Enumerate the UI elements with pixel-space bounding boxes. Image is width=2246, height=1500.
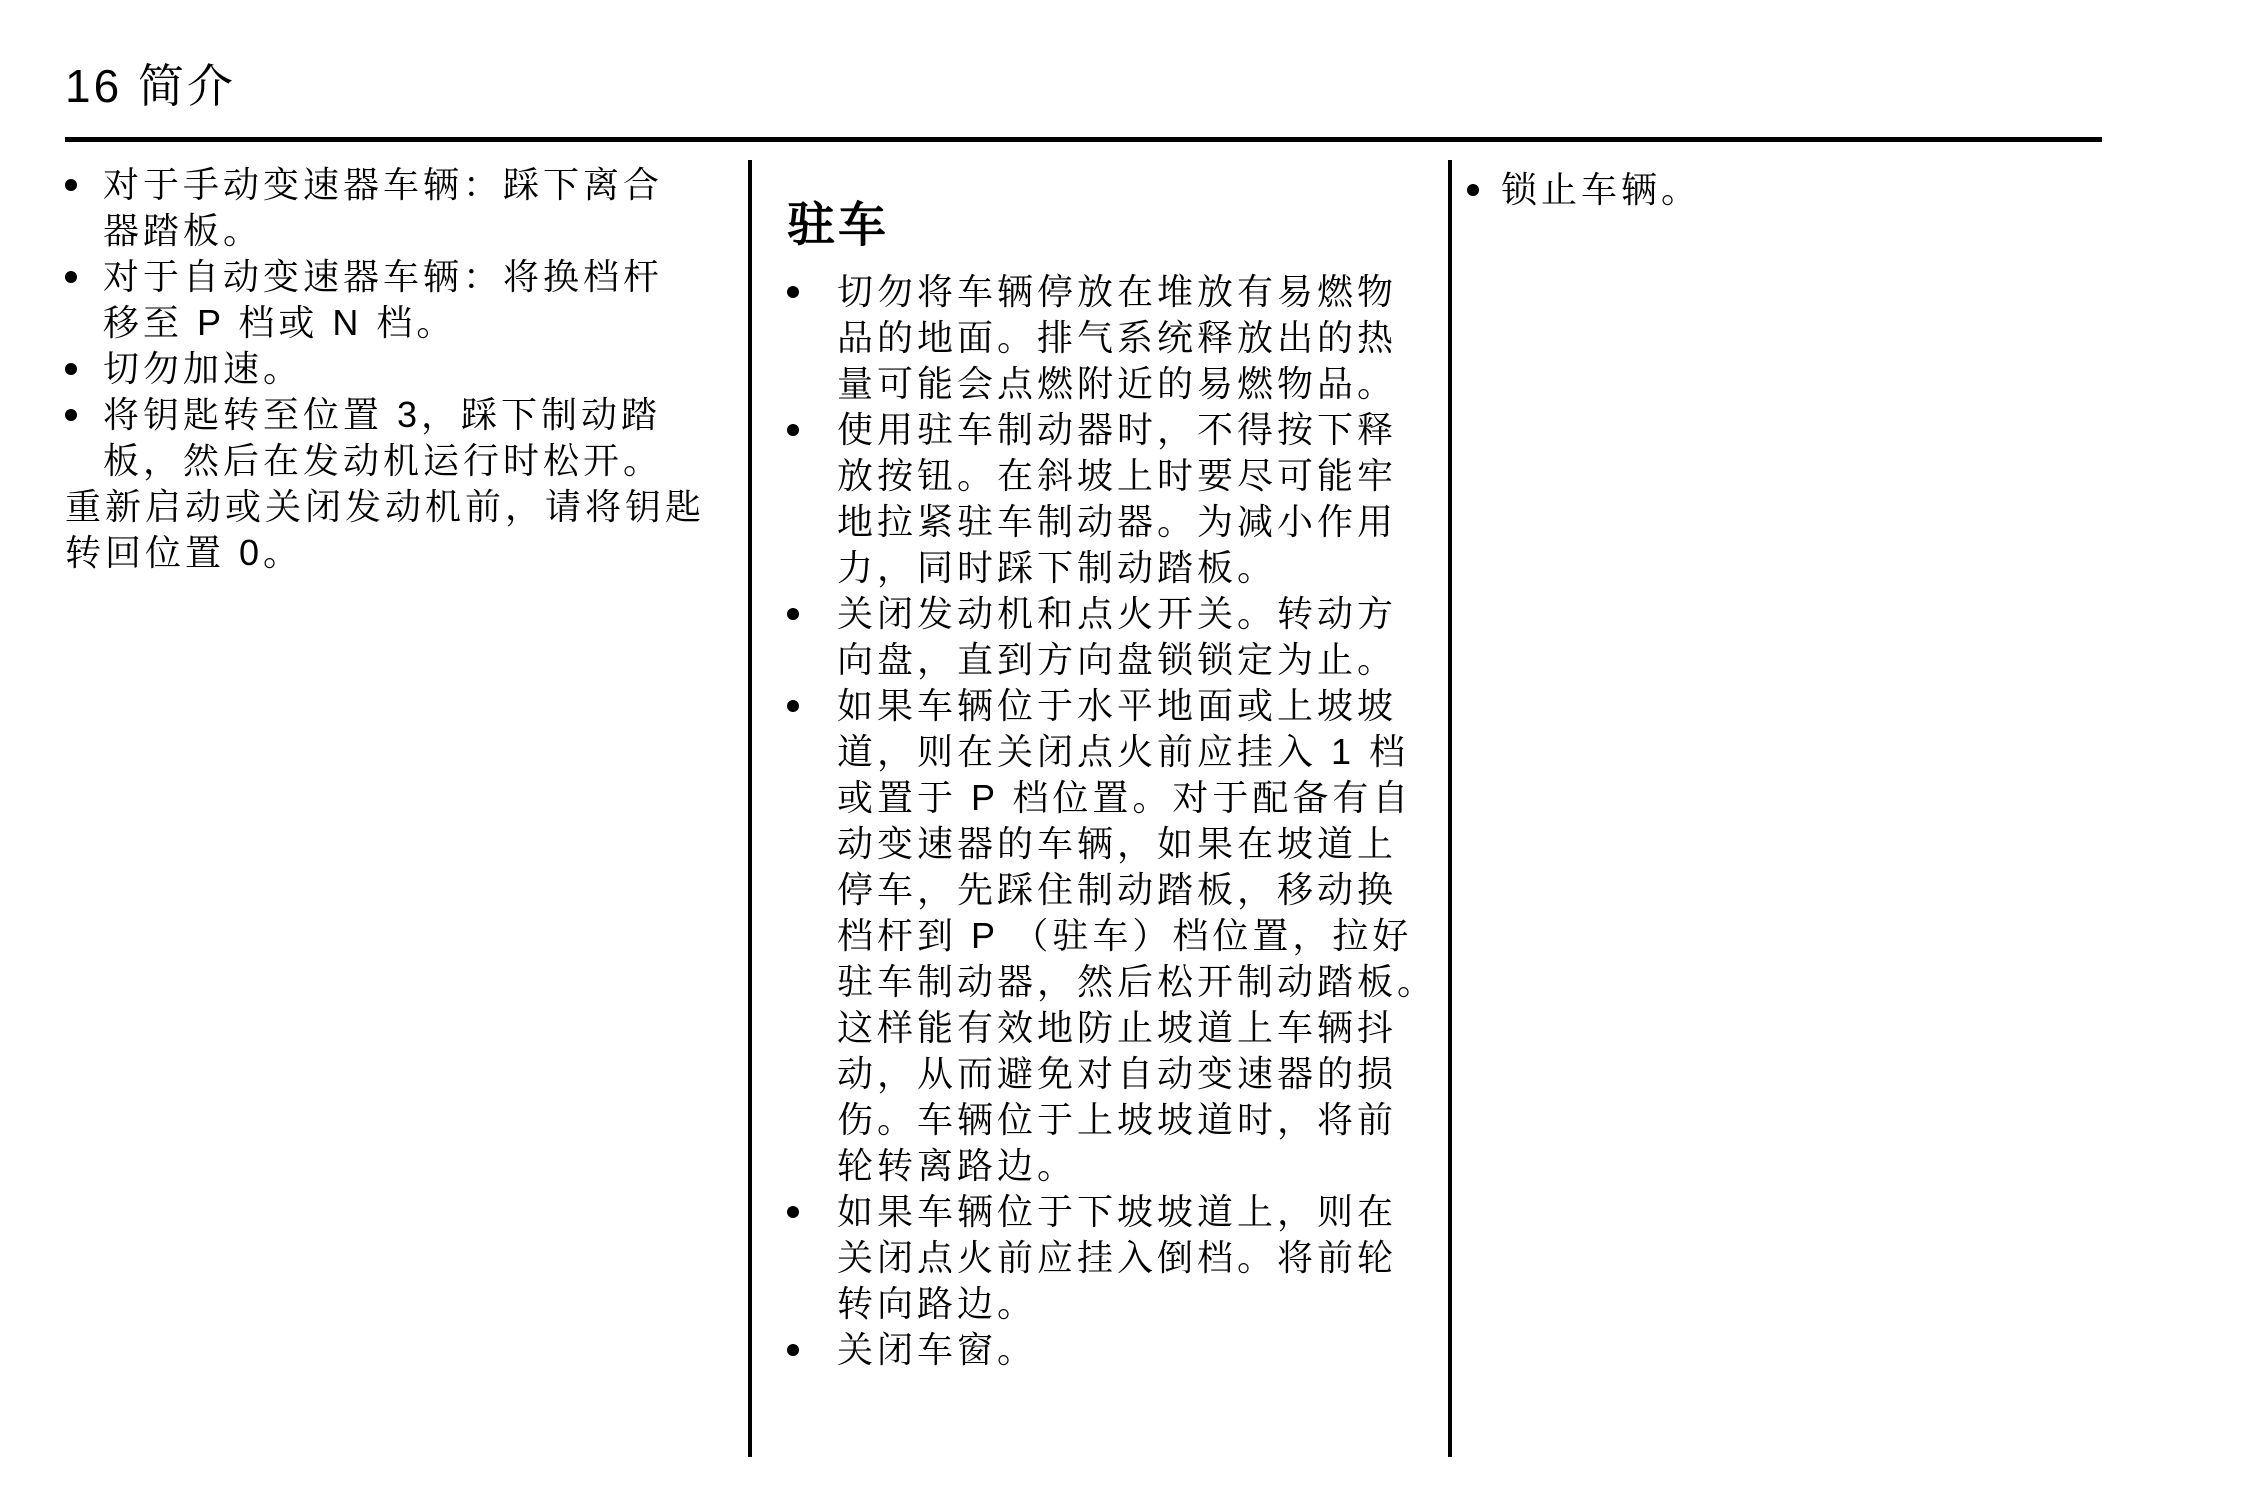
column-right: 锁止车辆。 [1452, 142, 2246, 213]
bullet-marker [65, 346, 103, 375]
bullet-marker [1467, 167, 1501, 196]
manual-page: 16 简介 对于手动变速器车辆：踩下离合 器踏板。 对于自动变速器车辆：将换档杆… [0, 0, 2246, 1500]
bullet-marker [65, 162, 103, 191]
bullet-icon [787, 424, 799, 436]
bullet-marker [787, 591, 837, 620]
list-item: 如果车辆位于下坡坡道上，则在 关闭点火前应挂入倒档。将前轮 转向路边。 [787, 1189, 1448, 1327]
bullet-text: 关闭发动机和点火开关。转动方 向盘，直到方向盘锁锁定为止。 [837, 591, 1397, 683]
bullet-marker [787, 683, 837, 712]
bullet-icon [65, 271, 77, 283]
bullet-text: 切勿加速。 [103, 346, 303, 392]
list-item: 将钥匙转至位置 3，踩下制动踏 板，然后在发动机运行时松开。 [65, 392, 748, 484]
bullet-marker [787, 407, 837, 436]
list-item: 如果车辆位于水平地面或上坡坡 道，则在关闭点火前应挂入 1 档 或置于 P 档位… [787, 683, 1448, 1189]
bullet-list-right: 锁止车辆。 [1467, 167, 2246, 213]
list-item: 切勿加速。 [65, 346, 748, 392]
bullet-icon [65, 409, 77, 421]
bullet-icon [65, 179, 77, 191]
page-columns: 对于手动变速器车辆：踩下离合 器踏板。 对于自动变速器车辆：将换档杆 移至 P … [65, 142, 2246, 1457]
list-item: 对于手动变速器车辆：踩下离合 器踏板。 [65, 162, 748, 254]
list-item: 使用驻车制动器时，不得按下释 放按钮。在斜坡上时要尽可能牢 地拉紧驻车制动器。为… [787, 407, 1448, 591]
bullet-marker [787, 1189, 837, 1218]
list-item: 关闭车窗。 [787, 1327, 1448, 1373]
bullet-text: 将钥匙转至位置 3，踩下制动踏 板，然后在发动机运行时松开。 [103, 392, 663, 484]
bullet-icon [787, 286, 799, 298]
column-left: 对于手动变速器车辆：踩下离合 器踏板。 对于自动变速器车辆：将换档杆 移至 P … [65, 142, 748, 576]
bullet-marker [787, 269, 837, 298]
bullet-text: 如果车辆位于下坡坡道上，则在 关闭点火前应挂入倒档。将前轮 转向路边。 [837, 1189, 1397, 1327]
bullet-icon [787, 700, 799, 712]
closing-paragraph: 重新启动或关闭发动机前，请将钥匙 转回位置 0。 [65, 484, 748, 576]
bullet-marker [65, 254, 103, 283]
list-item: 关闭发动机和点火开关。转动方 向盘，直到方向盘锁锁定为止。 [787, 591, 1448, 683]
bullet-list-parking: 切勿将车辆停放在堆放有易燃物 品的地面。排气系统释放出的热 量可能会点燃附近的易… [787, 269, 1448, 1373]
list-item: 对于自动变速器车辆：将换档杆 移至 P 档或 N 档。 [65, 254, 748, 346]
bullet-text: 关闭车窗。 [837, 1327, 1037, 1373]
page-title: 16 简介 [65, 58, 2246, 114]
bullet-text: 对于自动变速器车辆：将换档杆 移至 P 档或 N 档。 [103, 254, 663, 346]
bullet-list-left: 对于手动变速器车辆：踩下离合 器踏板。 对于自动变速器车辆：将换档杆 移至 P … [65, 162, 748, 484]
bullet-icon [787, 608, 799, 620]
bullet-text: 锁止车辆。 [1501, 167, 1701, 213]
bullet-icon [1467, 184, 1479, 196]
bullet-text: 使用驻车制动器时，不得按下释 放按钮。在斜坡上时要尽可能牢 地拉紧驻车制动器。为… [837, 407, 1397, 591]
bullet-marker [65, 392, 103, 421]
list-item: 切勿将车辆停放在堆放有易燃物 品的地面。排气系统释放出的热 量可能会点燃附近的易… [787, 269, 1448, 407]
bullet-icon [65, 363, 77, 375]
bullet-text: 对于手动变速器车辆：踩下离合 器踏板。 [103, 162, 663, 254]
bullet-marker [787, 1327, 837, 1356]
bullet-icon [787, 1206, 799, 1218]
bullet-icon [787, 1344, 799, 1356]
list-item: 锁止车辆。 [1467, 167, 2246, 213]
section-heading-parking: 驻车 [787, 197, 1448, 255]
column-middle: 驻车 切勿将车辆停放在堆放有易燃物 品的地面。排气系统释放出的热 量可能会点燃附… [752, 142, 1448, 1373]
bullet-text: 如果车辆位于水平地面或上坡坡 道，则在关闭点火前应挂入 1 档 或置于 P 档位… [837, 683, 1437, 1189]
column-divider [1448, 160, 1452, 1457]
bullet-text: 切勿将车辆停放在堆放有易燃物 品的地面。排气系统释放出的热 量可能会点燃附近的易… [837, 269, 1397, 407]
